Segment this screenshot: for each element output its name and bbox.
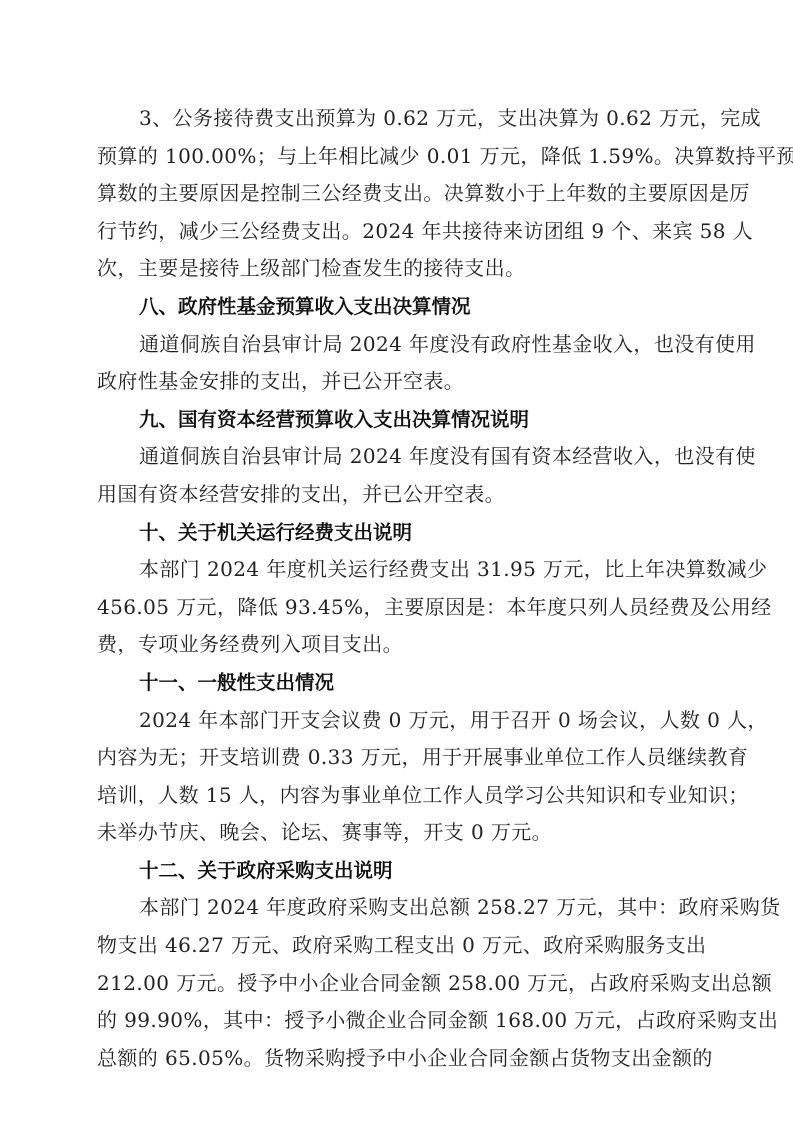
paragraph-line: 本部门 2024 年度机关运行经费支出 31.95 万元，比上年决算数减少 bbox=[97, 551, 699, 589]
paragraph-line: 通道侗族自治县审计局 2024 年度没有政府性基金收入，也没有使用 bbox=[97, 326, 699, 364]
paragraph-government-procurement: 本部门 2024 年度政府采购支出总额 258.27 万元，其中：政府采购货 物… bbox=[97, 889, 699, 1077]
document-page: 3、公务接待费支出预算为 0.62 万元，支出决算为 0.62 万元，完成 预算… bbox=[97, 100, 699, 1077]
paragraph-government-funds: 通道侗族自治县审计局 2024 年度没有政府性基金收入，也没有使用 政府性基金安… bbox=[97, 326, 699, 401]
paragraph-line: 费，专项业务经费列入项目支出。 bbox=[97, 626, 699, 664]
paragraph-line: 预算的 100.00%；与上年相比减少 0.01 万元，降低 1.59%。决算数… bbox=[97, 138, 699, 176]
paragraph-line: 内容为无；开支培训费 0.33 万元，用于开展事业单位工作人员继续教育 bbox=[97, 739, 699, 777]
paragraph-line: 培训，人数 15 人，内容为事业单位工作人员学习公共知识和专业知识； bbox=[97, 777, 699, 815]
paragraph-line: 212.00 万元。授予中小企业合同金额 258.00 万元，占政府采购支出总额 bbox=[97, 965, 699, 1003]
paragraph-line: 总额的 65.05%。货物采购授予中小企业合同金额占货物支出金额的 bbox=[97, 1040, 699, 1078]
section-heading-state-capital: 九、国有资本经营预算收入支出决算情况说明 bbox=[97, 401, 699, 439]
paragraph-line: 456.05 万元，降低 93.45%，主要原因是：本年度只列人员经费及公用经 bbox=[97, 589, 699, 627]
paragraph-line: 本部门 2024 年度政府采购支出总额 258.27 万元，其中：政府采购货 bbox=[97, 889, 699, 927]
paragraph-line: 2024 年本部门开支会议费 0 万元，用于召开 0 场会议，人数 0 人， bbox=[97, 702, 699, 740]
paragraph-line: 通道侗族自治县审计局 2024 年度没有国有资本经营收入，也没有使 bbox=[97, 438, 699, 476]
paragraph-line: 次，主要是接待上级部门检查发生的接待支出。 bbox=[97, 250, 699, 288]
paragraph-line: 的 99.90%，其中：授予小微企业合同金额 168.00 万元，占政府采购支出 bbox=[97, 1002, 699, 1040]
paragraph-state-capital: 通道侗族自治县审计局 2024 年度没有国有资本经营收入，也没有使 用国有资本经… bbox=[97, 438, 699, 513]
paragraph-line: 未举办节庆、晚会、论坛、赛事等，开支 0 万元。 bbox=[97, 814, 699, 852]
paragraph-line: 3、公务接待费支出预算为 0.62 万元，支出决算为 0.62 万元，完成 bbox=[97, 100, 699, 138]
section-heading-general-expenses: 十一、一般性支出情况 bbox=[97, 664, 699, 702]
paragraph-line: 算数的主要原因是控制三公经费支出。决算数小于上年数的主要原因是厉 bbox=[97, 175, 699, 213]
section-heading-operating-expenses: 十、关于机关运行经费支出说明 bbox=[97, 514, 699, 552]
paragraph-general-expenses: 2024 年本部门开支会议费 0 万元，用于召开 0 场会议，人数 0 人， 内… bbox=[97, 702, 699, 852]
paragraph-line: 物支出 46.27 万元、政府采购工程支出 0 万元、政府采购服务支出 bbox=[97, 927, 699, 965]
paragraph-reception-expenses: 3、公务接待费支出预算为 0.62 万元，支出决算为 0.62 万元，完成 预算… bbox=[97, 100, 699, 288]
paragraph-line: 行节约，减少三公经费支出。2024 年共接待来访团组 9 个、来宾 58 人 bbox=[97, 213, 699, 251]
paragraph-operating-expenses: 本部门 2024 年度机关运行经费支出 31.95 万元，比上年决算数减少 45… bbox=[97, 551, 699, 664]
paragraph-line: 政府性基金安排的支出，并已公开空表。 bbox=[97, 363, 699, 401]
section-heading-government-procurement: 十二、关于政府采购支出说明 bbox=[97, 852, 699, 890]
section-heading-government-funds: 八、政府性基金预算收入支出决算情况 bbox=[97, 288, 699, 326]
paragraph-line: 用国有资本经营安排的支出，并已公开空表。 bbox=[97, 476, 699, 514]
